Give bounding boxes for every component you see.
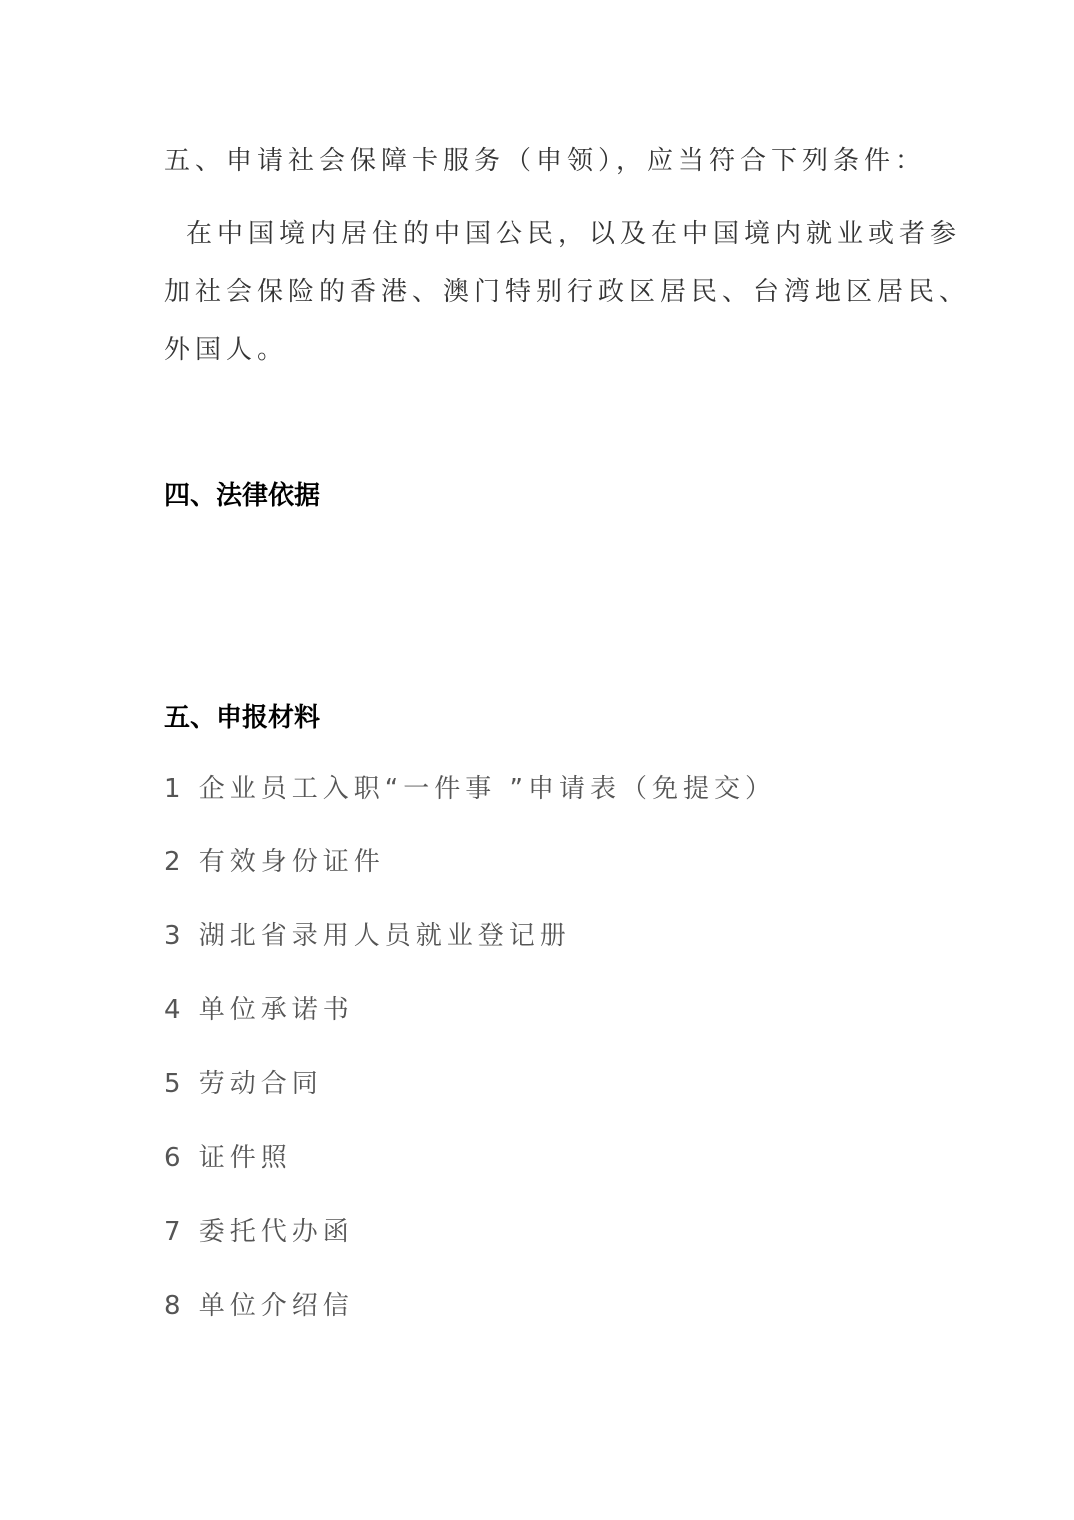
material-item-3: 3 湖北省录用人员就业登记册 bbox=[164, 915, 571, 952]
conditions-title: 五、申请社会保障卡服务（申领），应当符合下列条件： bbox=[164, 140, 926, 177]
conditions-body-line-3: 外国人。 bbox=[164, 329, 288, 366]
material-item-7: 7 委托代办函 bbox=[164, 1211, 354, 1248]
material-item-5: 5 劳动合同 bbox=[164, 1063, 323, 1100]
material-item-4: 4 单位承诺书 bbox=[164, 989, 354, 1026]
material-item-6: 6 证件照 bbox=[164, 1137, 292, 1174]
conditions-body-line-1: 在中国境内居住的中国公民，以及在中国境内就业或者参 bbox=[186, 213, 961, 250]
conditions-body-line-2: 加社会保险的香港、澳门特别行政区居民、台湾地区居民、 bbox=[164, 271, 970, 308]
materials-heading: 五、申报材料 bbox=[164, 697, 320, 734]
material-item-1: 1 企业员工入职“一件事 ”申请表（免提交） bbox=[164, 768, 776, 805]
material-item-8: 8 单位介绍信 bbox=[164, 1285, 354, 1322]
legal-basis-heading: 四、法律依据 bbox=[164, 475, 320, 512]
material-item-2: 2 有效身份证件 bbox=[164, 841, 385, 878]
